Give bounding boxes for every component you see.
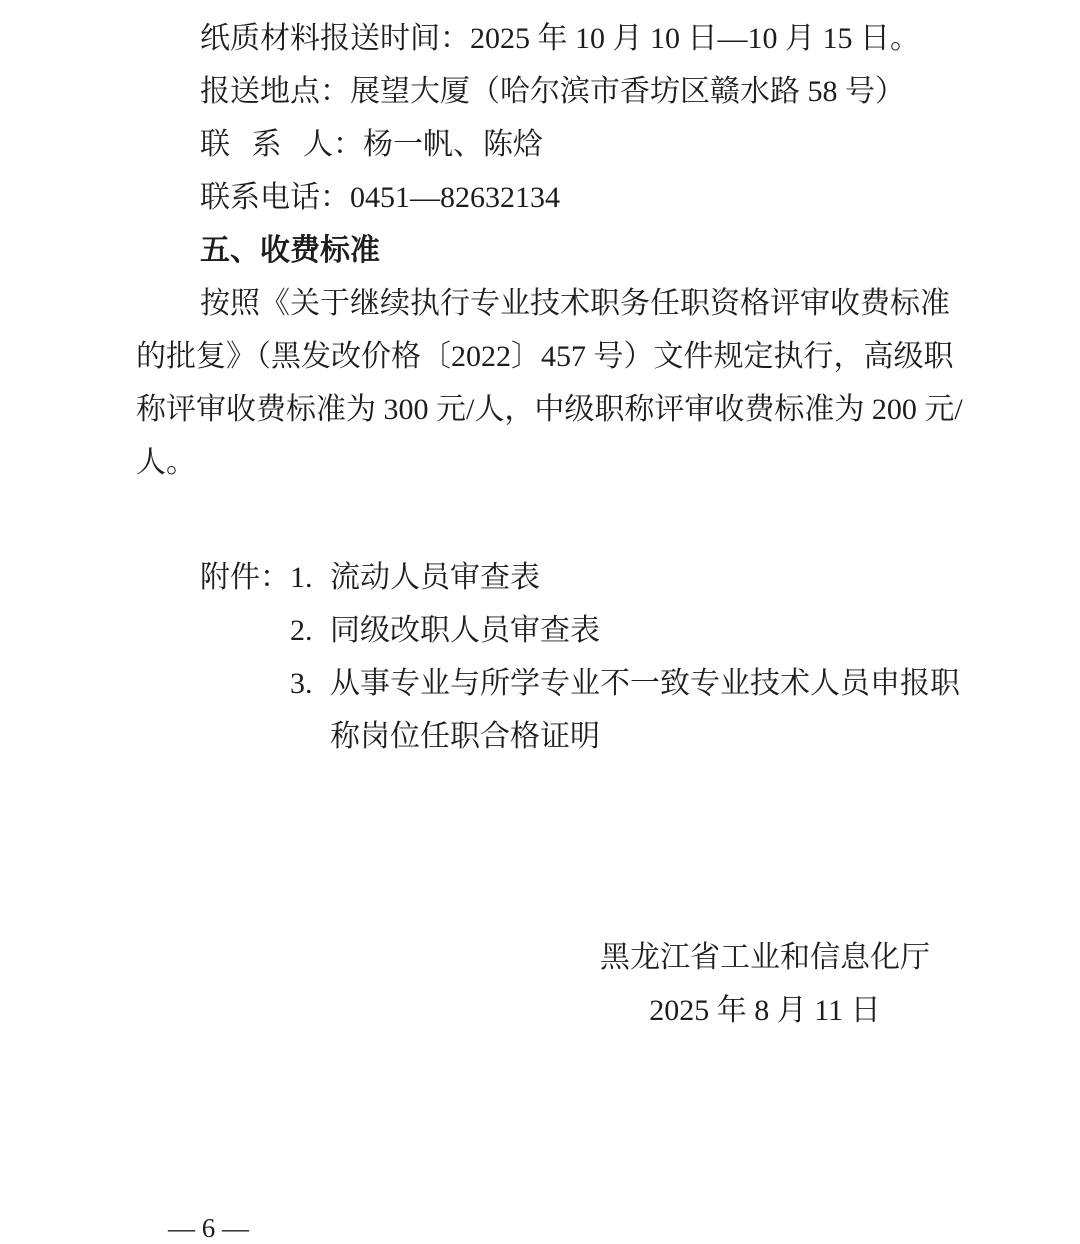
attachment-item-3-line-1: 从事专业与所学专业不一致专业技术人员申报职: [330, 667, 960, 700]
attachments-label: 附件：: [136, 551, 290, 763]
document-body: 纸质材料报送时间：2025 年 10 月 10 日—10 月 15 日。 报送地…: [136, 12, 944, 763]
attachments-block: 附件： 1. 流动人员审查表 2. 同级改职人员审查表 3.: [136, 551, 944, 763]
contact-person-line: 联 系 人：杨一帆、陈焓: [136, 118, 944, 171]
submission-place-line: 报送地点：展望大厦（哈尔滨市香坊区赣水路 58 号）: [136, 65, 944, 118]
fee-paragraph-line-4: 人。: [136, 436, 944, 489]
fee-paragraph-line-3: 称评审收费标准为 300 元/人，中级职称评审收费标准为 200 元/: [136, 383, 944, 436]
contact-phone-line: 联系电话：0451—82632134: [136, 171, 944, 224]
page-number: — 6 —: [168, 1212, 249, 1244]
attachment-item-3-number: 3.: [290, 657, 330, 763]
attachment-item-1-number: 1.: [290, 551, 330, 604]
fee-paragraph-line-2: 的批复》（黑发改价格〔2022〕457 号）文件规定执行，高级职: [136, 330, 944, 383]
contact-info-block: 纸质材料报送时间：2025 年 10 月 10 日—10 月 15 日。 报送地…: [136, 12, 944, 224]
attachment-item-2-number: 2.: [290, 604, 330, 657]
signature-block: 黑龙江省工业和信息化厅 2025 年 8 月 11 日: [540, 931, 990, 1037]
blank-line-spacer: [136, 489, 944, 551]
attachment-item-1-line-1: 流动人员审查表: [330, 561, 540, 594]
attachment-item-1-text: 流动人员审查表: [330, 551, 960, 604]
attachment-item-3: 3. 从事专业与所学专业不一致专业技术人员申报职 称岗位任职合格证明: [290, 657, 960, 763]
attachment-item-3-line-2: 称岗位任职合格证明: [330, 720, 600, 753]
attachments-list: 1. 流动人员审查表 2. 同级改职人员审查表 3. 从事专业与所学专业不一致专…: [290, 551, 960, 763]
fee-paragraph-line-1: 按照《关于继续执行专业技术职务任职资格评审收费标准: [136, 277, 944, 330]
paper-submission-time-line: 纸质材料报送时间：2025 年 10 月 10 日—10 月 15 日。: [136, 12, 944, 65]
fee-section: 五、收费标准 按照《关于继续执行专业技术职务任职资格评审收费标准 的批复》（黑发…: [136, 224, 944, 489]
attachment-item-2-line-1: 同级改职人员审查表: [330, 614, 600, 647]
attachment-item-2: 2. 同级改职人员审查表: [290, 604, 960, 657]
issuer-name: 黑龙江省工业和信息化厅: [540, 931, 990, 984]
attachment-item-1: 1. 流动人员审查表: [290, 551, 960, 604]
attachment-item-3-text: 从事专业与所学专业不一致专业技术人员申报职 称岗位任职合格证明: [330, 657, 960, 763]
issue-date: 2025 年 8 月 11 日: [540, 984, 990, 1037]
attachment-item-2-text: 同级改职人员审查表: [330, 604, 960, 657]
fee-section-heading: 五、收费标准: [136, 224, 944, 277]
document-page: 纸质材料报送时间：2025 年 10 月 10 日—10 月 15 日。 报送地…: [0, 0, 1080, 1244]
